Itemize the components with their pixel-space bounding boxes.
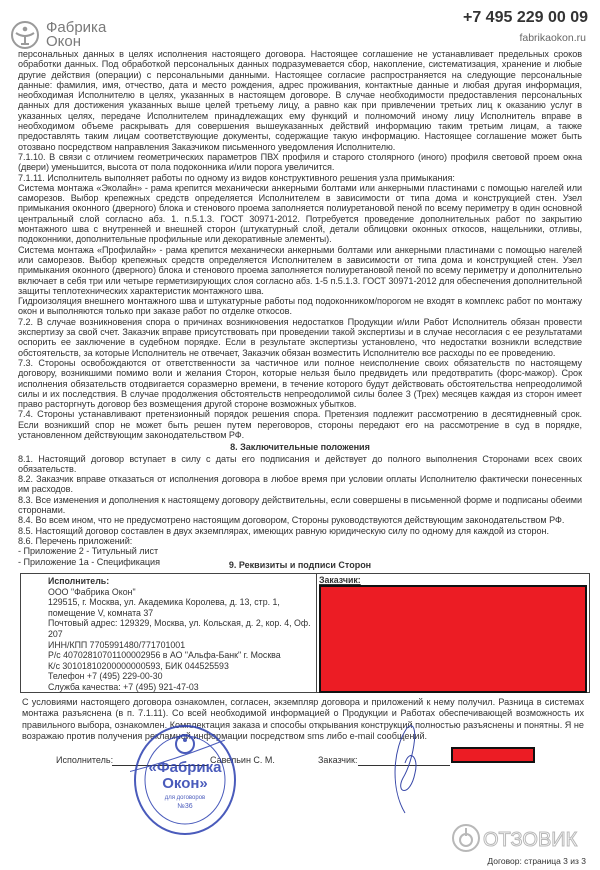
requisite-line: Телефон +7 (495) 229-00-30 xyxy=(48,671,311,682)
requisite-line: 129515, г. Москва, ул. Академика Королев… xyxy=(48,597,311,608)
requisite-line: Почтовый адрес: 129329, Москва, ул. Коль… xyxy=(48,618,311,629)
paragraph: персональных данных в целях исполнения н… xyxy=(18,49,582,152)
paragraph: 7.4. Стороны устанавливают претензионный… xyxy=(18,409,582,440)
logo-line2: Окон xyxy=(46,35,106,49)
requisite-line: Служба качества: +7 (495) 921-47-03 xyxy=(48,682,311,693)
appendix-item: - Приложение 2 - Титульный лист xyxy=(18,546,582,556)
requisite-line: 207 xyxy=(48,629,311,640)
requisite-line: К/с 30101810200000000593, БИК 044525593 xyxy=(48,661,311,672)
requisite-line: помещение V, комната 37 xyxy=(48,608,311,619)
company-logo: Фабрика Окон xyxy=(10,20,106,50)
company-site: fabrikaokon.ru xyxy=(519,32,586,44)
requisite-line: Р/с 40702810701100002956 в АО "Альфа-Бан… xyxy=(48,650,311,661)
agreement-statement: С условиями настоящего договора ознакомл… xyxy=(22,697,584,743)
paragraph: 7.2. В случае возникновения спора о прич… xyxy=(18,317,582,358)
customer-signature-icon xyxy=(385,718,425,818)
paragraph: 7.3. Стороны освобождаются от ответствен… xyxy=(18,358,582,409)
paragraph: Система монтажа «Эколайн» - рама крепитс… xyxy=(18,183,582,245)
clause: 8.4. Во всем ином, что не предусмотрено … xyxy=(18,515,582,525)
executor-label: Исполнитель: xyxy=(48,576,311,587)
company-phone: +7 495 229 00 09 xyxy=(463,9,588,27)
customer-requisites: Заказчик: xyxy=(317,574,589,692)
letterhead: Фабрика Окон +7 495 229 00 09 fabrikaoko… xyxy=(0,0,600,50)
paragraph: 7.1.10. В связи с отличием геометрически… xyxy=(18,152,582,173)
stamp-line1: «Фабрика xyxy=(149,759,223,776)
paragraph: 7.1.11. Исполнитель выполняет работы по … xyxy=(18,173,582,183)
otzovik-watermark-icon: ОТЗОВИК xyxy=(450,822,590,854)
section-9-title: 9. Реквизиты и подписи Сторон xyxy=(0,560,600,570)
clause: 8.2. Заказчик вправе отказаться от испол… xyxy=(18,474,582,495)
requisites-table: Исполнитель: ООО "Фабрика Окон" 129515, … xyxy=(20,573,590,693)
signature-redaction xyxy=(451,747,535,763)
customer-label: Заказчик: xyxy=(319,575,361,585)
section-8-title: 8. Заключительные положения xyxy=(18,442,582,452)
company-stamp-icon: «Фабрика Окон» для договоров №36 xyxy=(130,722,240,837)
redaction-block xyxy=(319,585,587,693)
requisite-line: ИНН/КПП 7705991480/771701001 xyxy=(48,640,311,651)
paragraph: Гидроизоляция внешнего монтажного шва и … xyxy=(18,296,582,317)
page-footer: Договор: страница 3 из 3 xyxy=(487,856,586,866)
clause: 8.3. Все изменения и дополнения к настоя… xyxy=(18,495,582,516)
stamp-line4: №36 xyxy=(177,803,192,810)
paragraph: Система монтажа «Профилайн» - рама крепи… xyxy=(18,245,582,296)
clause: 8.1. Настоящий договор вступает в силу с… xyxy=(18,454,582,475)
customer-signature-label: Заказчик: xyxy=(318,755,357,765)
stamp-line2: Окон» xyxy=(162,775,208,792)
clause: 8.6. Перечень приложений: xyxy=(18,536,582,546)
logo-person-icon xyxy=(10,20,40,50)
watermark-text: ОТЗОВИК xyxy=(483,829,578,851)
executor-requisites: Исполнитель: ООО "Фабрика Окон" 129515, … xyxy=(21,574,317,692)
stamp-line3: для договоров xyxy=(165,795,205,801)
contract-body: персональных данных в целях исполнения н… xyxy=(18,49,582,567)
clause: 8.5. Настоящий договор составлен в двух … xyxy=(18,526,582,536)
executor-signature-label: Исполнитель: xyxy=(56,755,113,765)
requisite-line: ООО "Фабрика Окон" xyxy=(48,587,311,598)
